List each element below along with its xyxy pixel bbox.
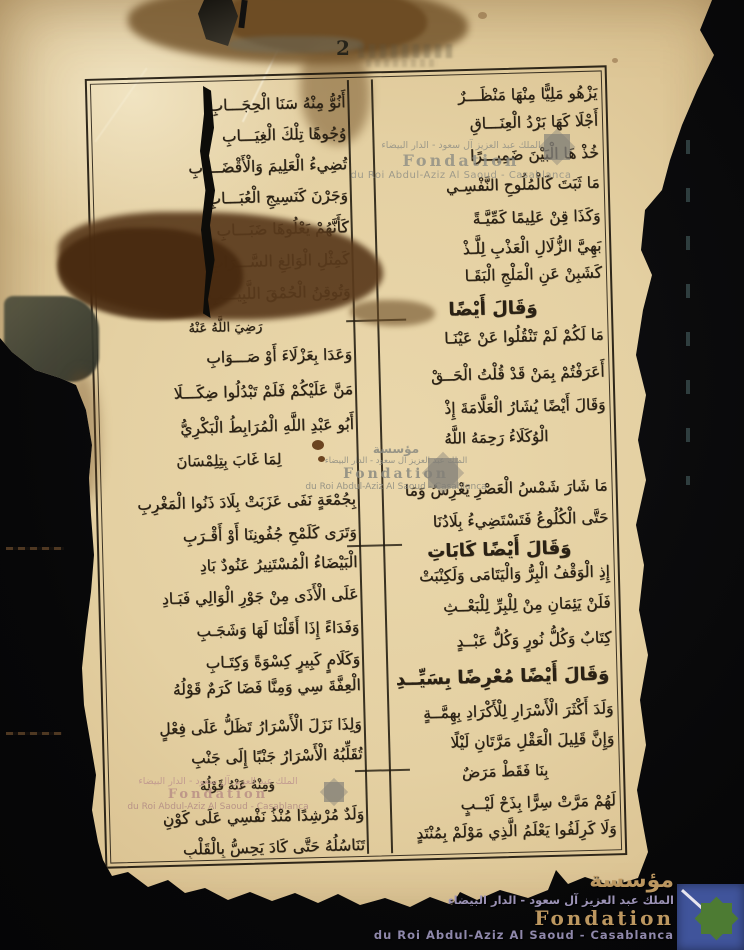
page-number: 2 [336, 36, 350, 60]
manuscript-line: وَعَدَا بِعَزْلَاءَ أَوْ صَـــوَابِ [100, 345, 352, 371]
manuscript-line: لَهُمْ مَرَّتْ سِرًّا بِذَحْ لَيْــبٍ [396, 791, 616, 816]
manuscript-line: بَهِيَّ الزُّلَالِ الْعَذْبِ لِلَّـذْ [381, 237, 601, 262]
manuscript-line: بِجُمْعَةٍ نَفَى عَزَبَتْ بِلَادَ ذَنُوا… [104, 490, 356, 516]
manuscript-line: مَا شَارَ شَمْسُ الْعَصْرِ يَعْرِسُ وَمَ… [387, 476, 607, 501]
manuscript-line: وَلَا كَرِلَفُوا يَعْلَمُ الَّذِي مَوْلَ… [396, 819, 616, 844]
manuscript-line: أَعَرَفْتُمْ بِمَنْ قَدْ قُلْتُ الْحَــق… [384, 362, 604, 387]
manuscript-line: بِنَا فَقَطْ مَرَضٌ [395, 759, 615, 784]
manuscript-line: أَجْلَا كَهَا بَرْدُ الْعِنَـــاقِ [378, 112, 598, 137]
manuscript-line: تُقَلِّبُهُ الْأَسْرَارُ جَنْبًا إِلَى ج… [110, 745, 362, 771]
eight-point-star-icon [428, 458, 458, 488]
logo-star-icon [701, 903, 732, 934]
manuscript-line: يَزْهُو مَلِيًّا مِنْهَا مَنْظَـــرٌ [377, 84, 597, 109]
manuscript-line: أَبُو عَبْدِ اللَّهِ الْمُرَابِطُ الْبَك… [102, 415, 354, 441]
stain [4, 296, 99, 382]
manuscript-line: كَشَبِنْ عَنِ الْمَلْجِ الْبَقَـا [382, 263, 602, 288]
scan-artifact-line [6, 547, 64, 550]
manuscript-line: مَنَّ عَلَيْكُمْ فَلَمْ تَبْدُلُوا ضِكَـ… [101, 380, 353, 406]
manuscript-line: تُضِيءُ الْعَلِيمَ وَالْأَقْضَـــابِ [95, 155, 347, 181]
manuscript-line: الْعِفَّةَ سِي وَمِنَّا فَضَا كَرَمٌ قَو… [109, 676, 361, 702]
manuscript-line: وَلَدٌ مُرْشِدًا مُنْذُ نَفْسِي عَلَى كَ… [112, 805, 364, 831]
manuscript-line: وَجَرْنَ كَنَسِيجِ الْعُبَـــابِ [96, 186, 348, 212]
manuscript-line: وَفَدَاءً إِذَا أَقَلْنَا لَهَا وَشَجَـب… [107, 618, 359, 644]
stain-dot [612, 58, 618, 63]
stain-dot [312, 440, 324, 450]
manuscript-line: لِمَا غَابَ بِتِلِمْسَانَ [103, 448, 355, 473]
eight-point-star-icon [544, 134, 570, 160]
scanned-manuscript-page: { "page_number": "2", "manuscript": { "r… [0, 0, 744, 950]
manuscript-line: الْبَيْضَاءُ الْمُسْتَنِيرُ عَنُودٌ بَاد… [105, 553, 357, 579]
manuscript-line: فَلَنْ يَئِمَانِ مِنْ لِلْبِرِّ لِلْبَعْ… [390, 593, 610, 618]
section-heading: وَقَالَ أَيْضًا كَابَاتِ [389, 536, 610, 564]
foundation-subtitle-french: du Roi Abdul-Aziz Al Saoud - Casablanca [344, 929, 674, 943]
manuscript-line: الْوُكَلَاءُ رَحِمَهُ اللَّهُ [386, 425, 606, 450]
manuscript-line: حَتَّى الْكُلُوعُ فَتَسْتَضِيءُ بِلَادُن… [388, 508, 608, 533]
eight-point-star-icon [324, 782, 344, 802]
right-text-column: يَزْهُو مَلِيًّا مِنْهَا مَنْظَـــرٌ أَج… [377, 66, 619, 854]
foundation-name-french: Fondation [344, 907, 674, 929]
stain [66, 372, 100, 502]
ink-smudge [366, 59, 438, 67]
manuscript-line: إِذِ الْوَقْفُ الْبِرُّ وَالْيَتَامَى وَ… [390, 562, 610, 587]
manuscript-line: وَكَذَا قِنْ عَلِيمًا كَمِّيَّـةً [380, 207, 600, 232]
section-heading: رَضِيَ اللَّهُ عَنْهُ [99, 317, 351, 340]
manuscript-line: وُجُوهًا تِلْكَ الْغِيَـــابِ [94, 124, 346, 150]
manuscript-line: كِتَابٌ وَكُلُّ نُورٍ وَكُلُّ عَبْــدٍ [391, 628, 611, 653]
manuscript-line: مَا ثَبَتَ كَالْمُلُوحِ النَّفْسِـي [379, 174, 599, 199]
manuscript-line: وَقَالَ أَيْضًا يُشَارُ الْعَلَّامَةَ إِ… [385, 395, 605, 420]
section-heading: وَقَالَ أَيْضًا مُعْرِضًا بِسَيِّــدِ [392, 663, 613, 691]
manuscript-line: أَنُوُّ مِنْهُ سَنَا الْحِجَـــابِ [93, 93, 345, 119]
manuscript-paper: 2 يَزْهُو مَلِيًّا مِنْهَا مَنْظَـــرٌ أ… [0, 0, 744, 950]
scan-artifact-dashes [686, 140, 690, 485]
foundation-wordmark: مؤسسة الملك عبد العزيز آل سعود - الدار ا… [344, 870, 674, 942]
left-text-column: أَنُوُّ مِنْهُ سَنَا الْحِجَـــابِ وُجُو… [93, 72, 367, 860]
manuscript-line: عَلَى الْأَذَى مِنْ جَوْرِ الْوَالِي فَب… [106, 585, 358, 611]
text-frame: يَزْهُو مَلِيًّا مِنْهَا مَنْظَـــرٌ أَج… [85, 65, 628, 868]
foundation-subtitle-arabic: الملك عبد العزيز آل سعود - الدار البيضاء [344, 894, 674, 907]
manuscript-line: وَلَدَ أَكْثَرَ الْأَسْرَارِ لِلْأَكْرَا… [393, 699, 613, 724]
scan-artifact-line [6, 732, 62, 735]
stain-dot [318, 456, 325, 462]
manuscript-line: وَلِذَا نَزَلَ الْأَسْرَارُ تَظَلُّ عَلَ… [110, 715, 362, 741]
ink-smudge [358, 44, 454, 58]
manuscript-line: وَكَلَامٍ كَبِيرٍ كِسْوَةً وَكِتَـابِ [108, 650, 360, 676]
stain-dot [478, 12, 487, 19]
manuscript-line: وَتَرَى كَلَمْحِ جُفُونِنَا أَوْ أَقْـرَ… [105, 523, 357, 549]
manuscript-line: مَا لَكُمْ لَمْ تَنْقُلُوا عَنْ عَيْنَـا [383, 325, 603, 350]
manuscript-line: وَإِنَّ قَلِيلَ الْعَقْلِ مَرَّتَانِ لَي… [394, 729, 614, 754]
foundation-name-arabic: مؤسسة [344, 870, 674, 892]
